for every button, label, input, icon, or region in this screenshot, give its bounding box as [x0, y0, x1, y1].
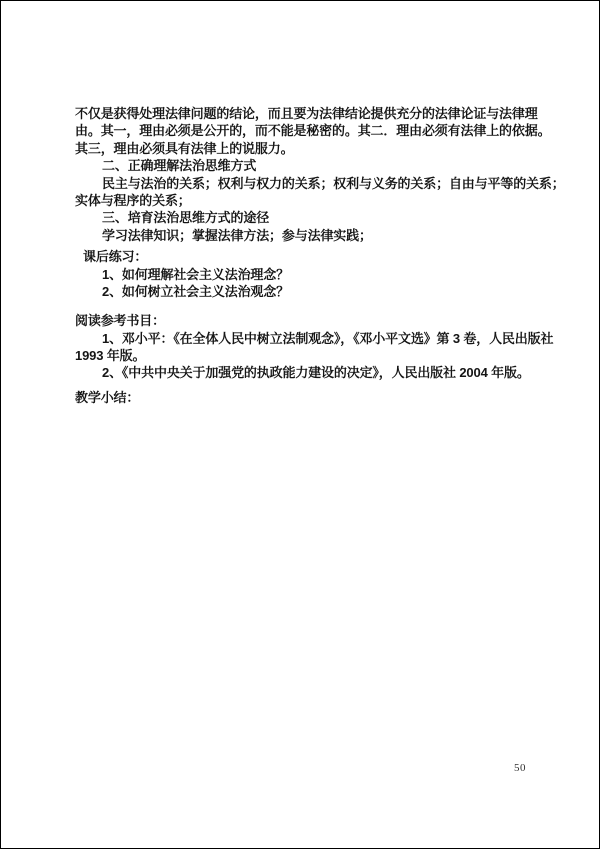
text-line: 其三，理由必须具有法律上的说服力。 [75, 140, 541, 157]
text-line: 实体与程序的关系； [75, 192, 541, 209]
blank-line [75, 382, 541, 389]
bibliography-heading-line: 阅读参考书目： [75, 312, 541, 329]
exercises-heading-line: 课后练习： [75, 248, 541, 265]
text-line: 学习法律知识；掌握法律方法；参与法律实践； [75, 227, 541, 244]
list-item-line: 2、《中共中央关于加强党的执政能力建设的决定》，人民出版社 2004 年版。 [75, 364, 541, 381]
section-heading-line: 三、培育法治思维方式的途径 [75, 209, 541, 226]
document-body: 不仅是获得处理法律问题的结论，而且要为法律结论提供充分的法律论证与法律理 由。其… [75, 105, 541, 406]
text-line: 不仅是获得处理法律问题的结论，而且要为法律结论提供充分的法律论证与法律理 [75, 105, 541, 122]
section-heading-line: 二、正确理解法治思维方式 [75, 157, 541, 174]
scanned-page: 不仅是获得处理法律问题的结论，而且要为法律结论提供充分的法律论证与法律理 由。其… [0, 0, 600, 849]
list-item-line: 2、如何树立社会主义法治观念？ [75, 283, 541, 300]
list-item-line: 1、邓小平：《在全体人民中树立法制观念》，《邓小平文选》第 3 卷，人民出版社 [75, 330, 541, 347]
text-line: 1993 年版。 [75, 347, 541, 364]
summary-heading-line: 教学小结： [75, 389, 541, 406]
blank-line [75, 300, 541, 312]
text-line: 民主与法治的关系；权利与权力的关系；权利与义务的关系；自由与平等的关系； [75, 175, 541, 192]
page-number: 50 [514, 762, 526, 774]
text-line: 由。其一，理由必须是公开的，而不能是秘密的。其二．理由必须有法律上的依据。 [75, 122, 541, 139]
list-item-line: 1、如何理解社会主义法治理念？ [75, 266, 541, 283]
